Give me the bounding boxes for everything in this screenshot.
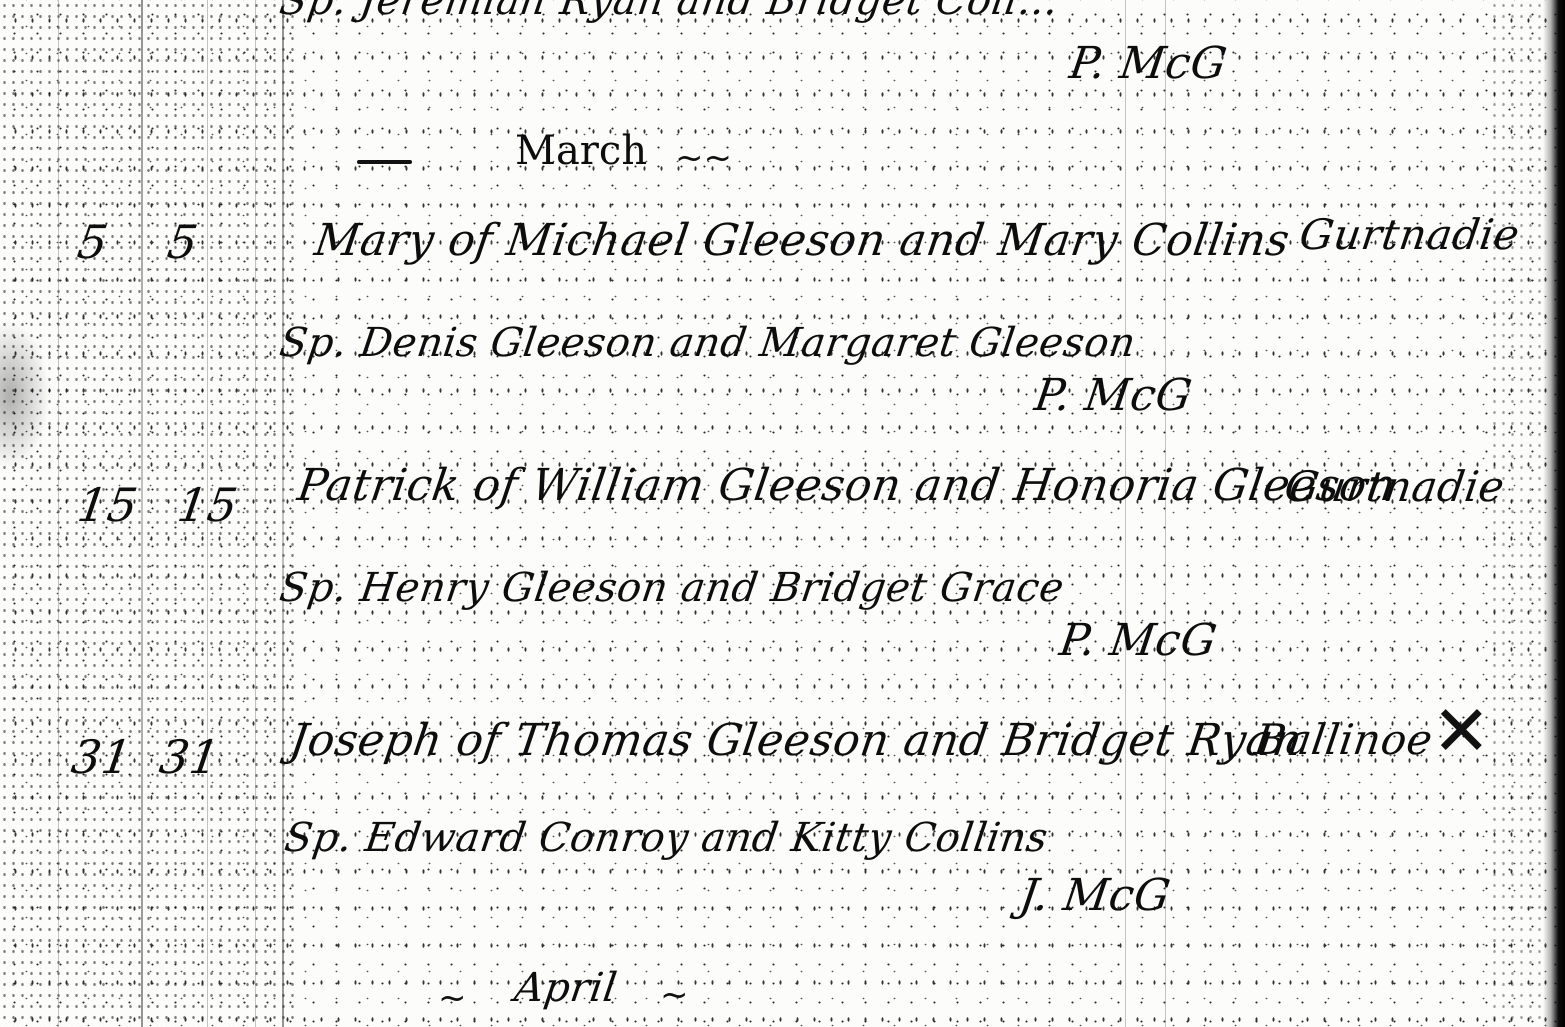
entry-place: Gurtnadie <box>1297 210 1523 259</box>
page-edge-shadow <box>1543 0 1565 1027</box>
entry-child-parents: Mary of Michael Gleeson and Mary Collins <box>311 215 1292 266</box>
month-flourish: ~ <box>438 978 467 1018</box>
month-heading: March <box>515 128 647 174</box>
register-page: Sp. Jeremiah Ryan and Bridget Coll... P.… <box>0 0 1565 1027</box>
month-heading: April <box>512 965 620 1011</box>
cross-mark-icon: ✕ <box>1432 690 1491 772</box>
entry-child-parents: Patrick of William Gleeson and Honoria G… <box>294 460 1399 511</box>
entry-place: Gurtnadie <box>1282 462 1508 511</box>
column-rule <box>58 0 59 1027</box>
entry-sponsors: Sp. Edward Conroy and Kitty Collins <box>282 815 1051 861</box>
speckle-area-right <box>1490 0 1545 1027</box>
entry-sponsors: Sp. Denis Gleeson and Margaret Gleeson <box>277 320 1139 366</box>
month-dash-left <box>357 160 412 164</box>
officiant-signature: J. McG <box>1016 870 1173 921</box>
column-rule <box>282 0 284 1027</box>
entry-sponsors: Sp. Henry Gleeson and Bridget Grace <box>277 565 1067 611</box>
officiant-signature: P. McG <box>1031 370 1195 421</box>
column-rule <box>255 0 256 1027</box>
officiant-signature: P. McG <box>1066 38 1230 89</box>
entry-day: 15 <box>174 478 241 532</box>
column-rule <box>141 0 143 1027</box>
entry-number: 15 <box>74 478 141 532</box>
entry-place: Ballinoe <box>1252 715 1436 764</box>
entry-number: 31 <box>68 730 135 784</box>
entry-day: 31 <box>156 730 223 784</box>
partial-sponsor-line: Sp. Jeremiah Ryan and Bridget Coll... <box>277 0 1062 24</box>
month-flourish: ~ <box>660 975 689 1015</box>
month-flourish: ~~ <box>675 138 732 178</box>
officiant-signature: P. McG <box>1056 615 1220 666</box>
entry-child-parents: Joseph of Thomas Gleeson and Bridget Rya… <box>286 715 1305 766</box>
